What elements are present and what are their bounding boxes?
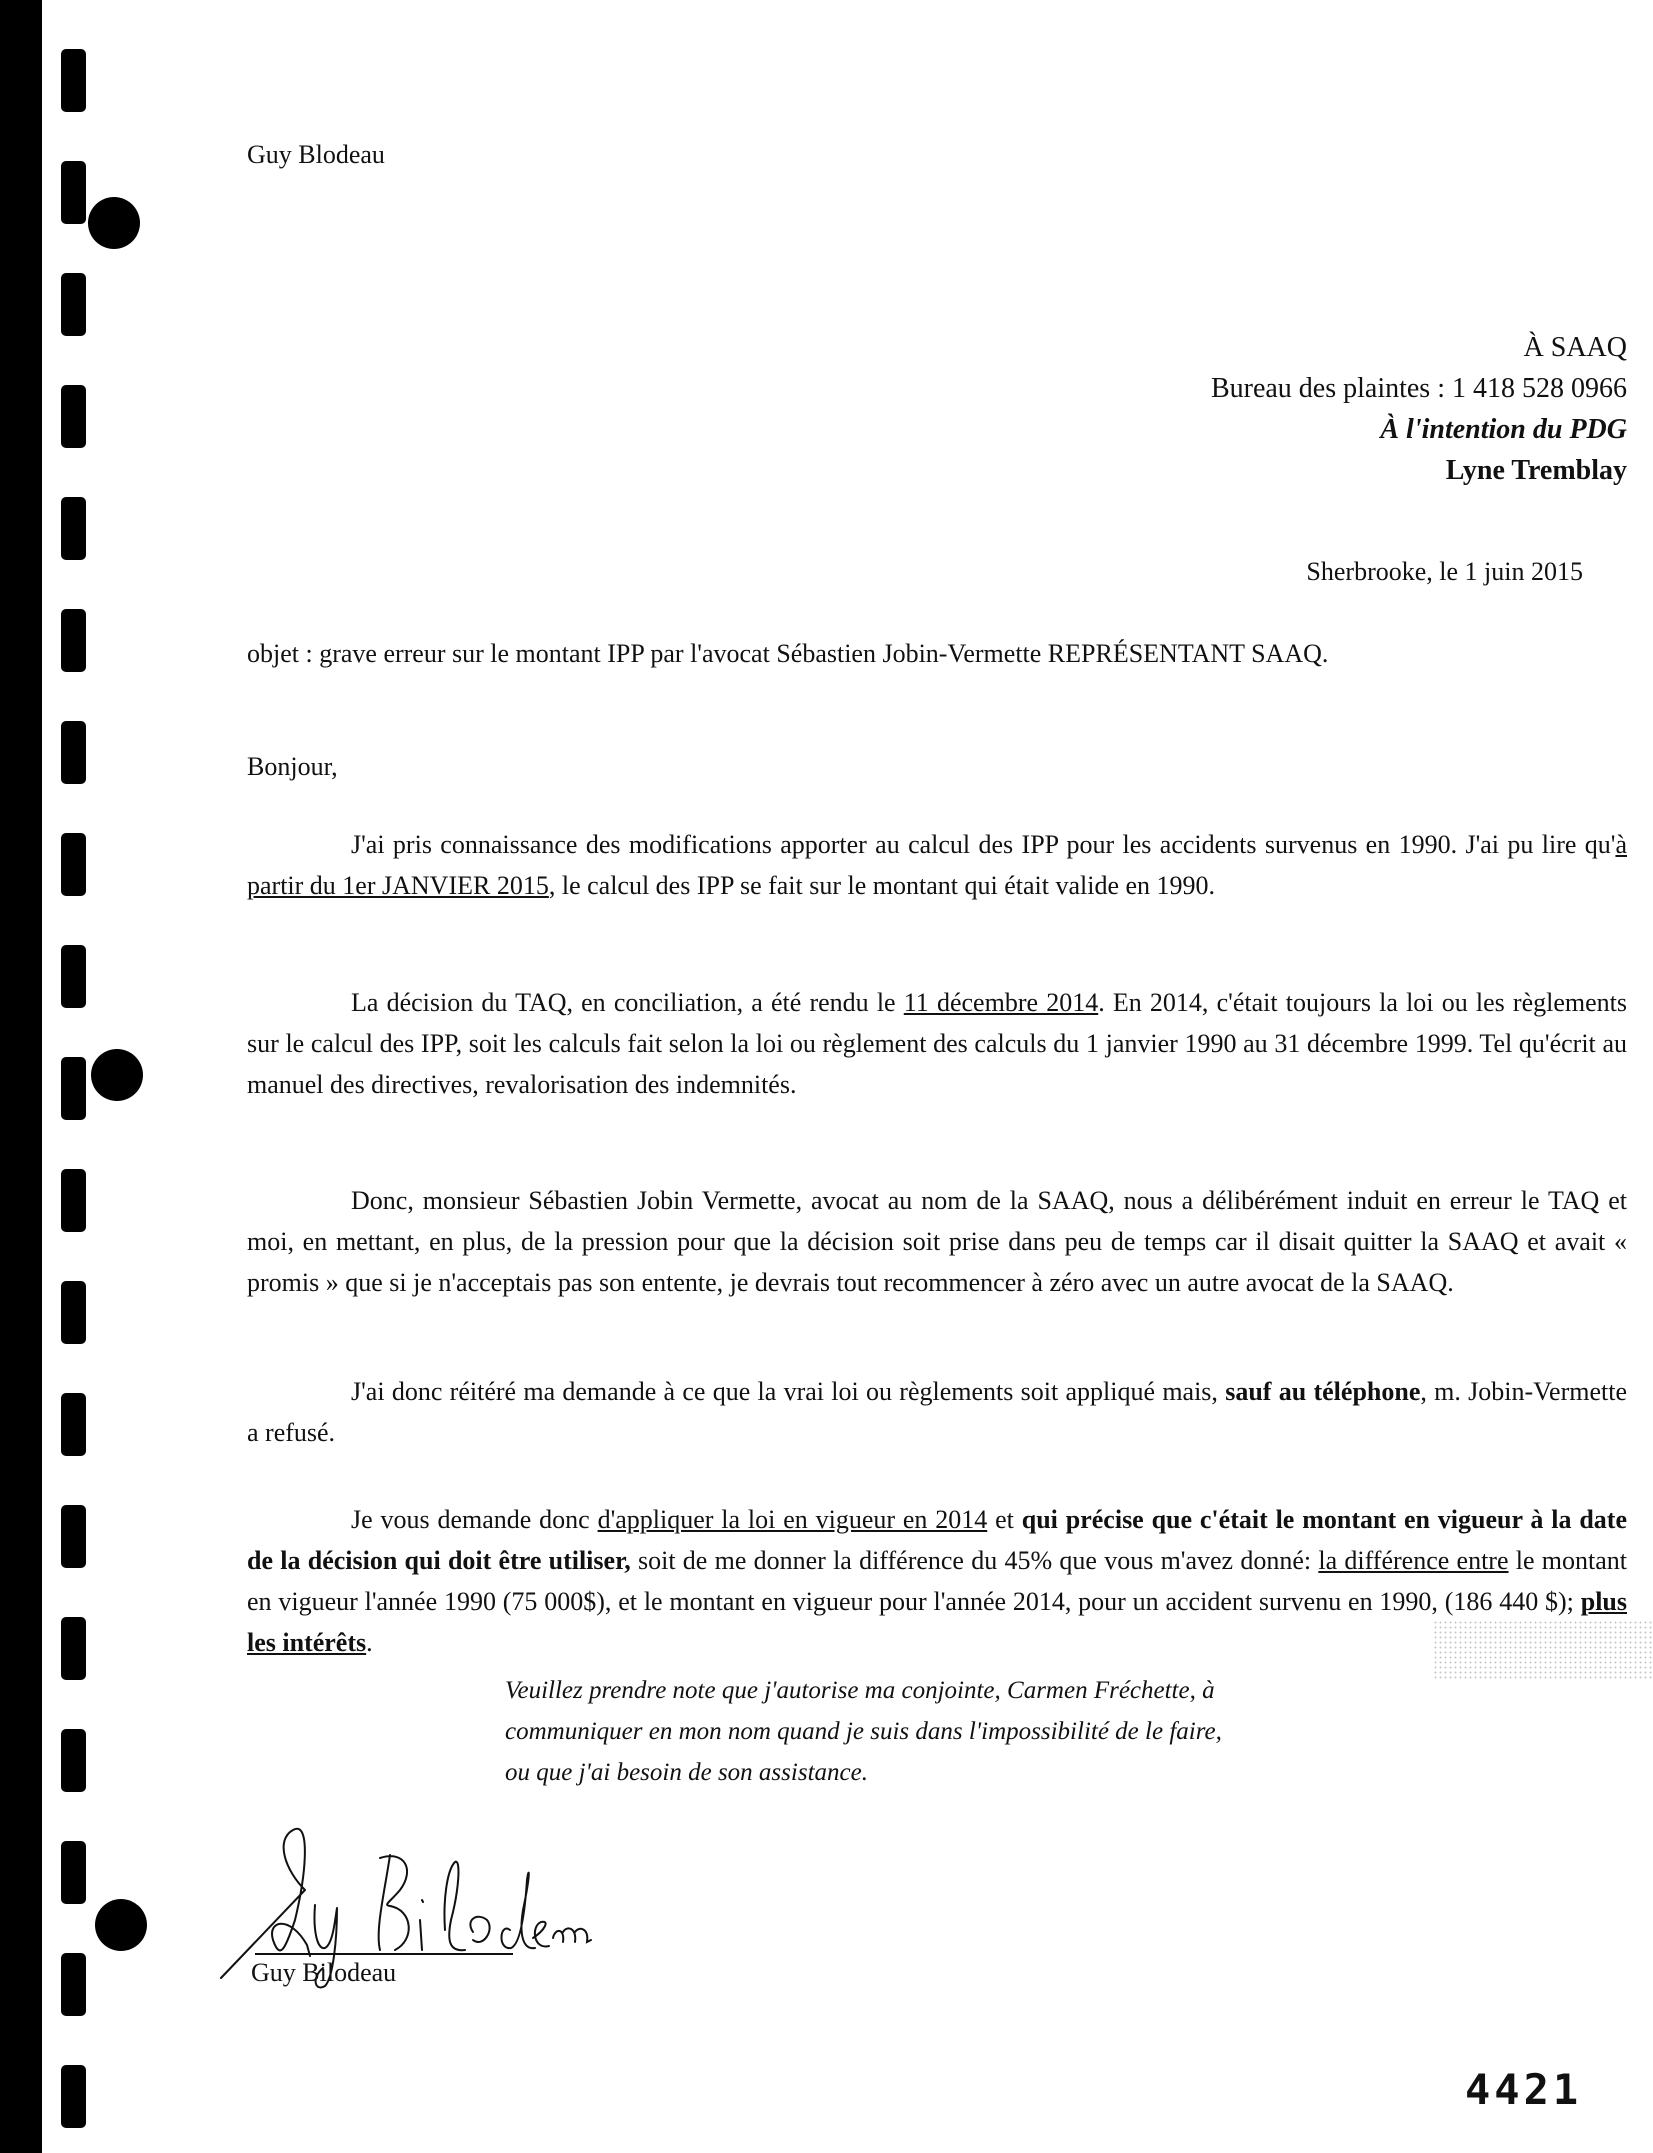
letter-subject: objet : grave erreur sur le montant IPP …	[247, 633, 1627, 674]
underlined-text: la différence entre	[1318, 1546, 1508, 1575]
page-number: 4421	[1465, 2065, 1582, 2114]
paragraph-2: La décision du TAQ, en conciliation, a é…	[247, 982, 1627, 1105]
text: , le calcul des IPP se fait sur le monta…	[549, 871, 1215, 900]
recipient-org: À SAAQ	[1211, 327, 1627, 368]
text: J'ai donc réitéré ma demande à ce que la…	[351, 1377, 1225, 1406]
text: Donc, monsieur Sébastien Jobin Vermette,…	[247, 1186, 1627, 1297]
binder-hole	[61, 497, 86, 560]
note-line: communiquer en mon nom quand je suis dan…	[505, 1711, 1222, 1752]
binder-hole	[61, 385, 86, 448]
paragraph-5: Je vous demande donc d'appliquer la loi …	[247, 1499, 1627, 1663]
binder-hole	[61, 1505, 86, 1568]
binder-hole	[61, 721, 86, 784]
text: J'ai pris connaissance des modifications…	[351, 830, 1615, 859]
binder-hole	[61, 833, 86, 896]
paragraph-4: J'ai donc réitéré ma demande à ce que la…	[247, 1371, 1627, 1453]
binder-hole	[61, 945, 86, 1008]
greeting: Bonjour,	[247, 752, 338, 782]
text: Je vous demande donc	[351, 1505, 598, 1534]
text: soit de me donner la différence du 45% q…	[631, 1546, 1319, 1575]
scan-edge-bar	[0, 0, 42, 2153]
sender-name: Guy Blodeau	[247, 140, 385, 170]
note-line: Veuillez prendre note que j'autorise ma …	[505, 1670, 1222, 1711]
punch-hole-dot	[91, 1049, 143, 1101]
binder-hole	[61, 609, 86, 672]
underlined-text: d'appliquer la loi en vigueur en 2014	[598, 1505, 988, 1534]
punch-hole-dot	[88, 197, 140, 249]
note-line: ou que j'ai besoin de son assistance.	[505, 1752, 1222, 1793]
text: .	[366, 1628, 373, 1657]
paragraph-3: Donc, monsieur Sébastien Jobin Vermette,…	[247, 1180, 1627, 1303]
punch-hole-dot	[95, 1899, 147, 1951]
printed-name: Guy Bilodeau	[251, 1958, 396, 1988]
paragraph-1: J'ai pris connaissance des modifications…	[247, 824, 1627, 906]
authorization-note: Veuillez prendre note que j'autorise ma …	[505, 1670, 1222, 1793]
binder-hole	[61, 1841, 86, 1904]
signature-block: Guy Bilodeau	[215, 1810, 695, 1990]
binder-hole	[61, 1617, 86, 1680]
recipient-office: Bureau des plaintes : 1 418 528 0966	[1211, 368, 1627, 409]
recipient-block: À SAAQ Bureau des plaintes : 1 418 528 0…	[1211, 327, 1627, 491]
text: et	[987, 1505, 1021, 1534]
underlined-date: 11 décembre 2014	[904, 988, 1098, 1017]
bold-text: sauf au téléphone	[1225, 1377, 1420, 1406]
text: La décision du TAQ, en conciliation, a é…	[351, 988, 904, 1017]
binder-hole	[61, 1393, 86, 1456]
binder-hole	[61, 1729, 86, 1792]
binder-hole	[61, 1169, 86, 1232]
binder-hole	[61, 1281, 86, 1344]
signature-line	[255, 1953, 513, 1955]
binder-hole	[61, 49, 86, 112]
letter-date: Sherbrooke, le 1 juin 2015	[1306, 557, 1583, 587]
recipient-attention: À l'intention du PDG	[1211, 409, 1627, 450]
binder-hole	[61, 273, 86, 336]
binder-hole	[61, 1953, 86, 2016]
binder-hole	[61, 1057, 86, 1120]
recipient-person: Lyne Tremblay	[1211, 450, 1627, 491]
binder-hole	[61, 161, 86, 224]
binder-hole	[61, 2065, 86, 2128]
